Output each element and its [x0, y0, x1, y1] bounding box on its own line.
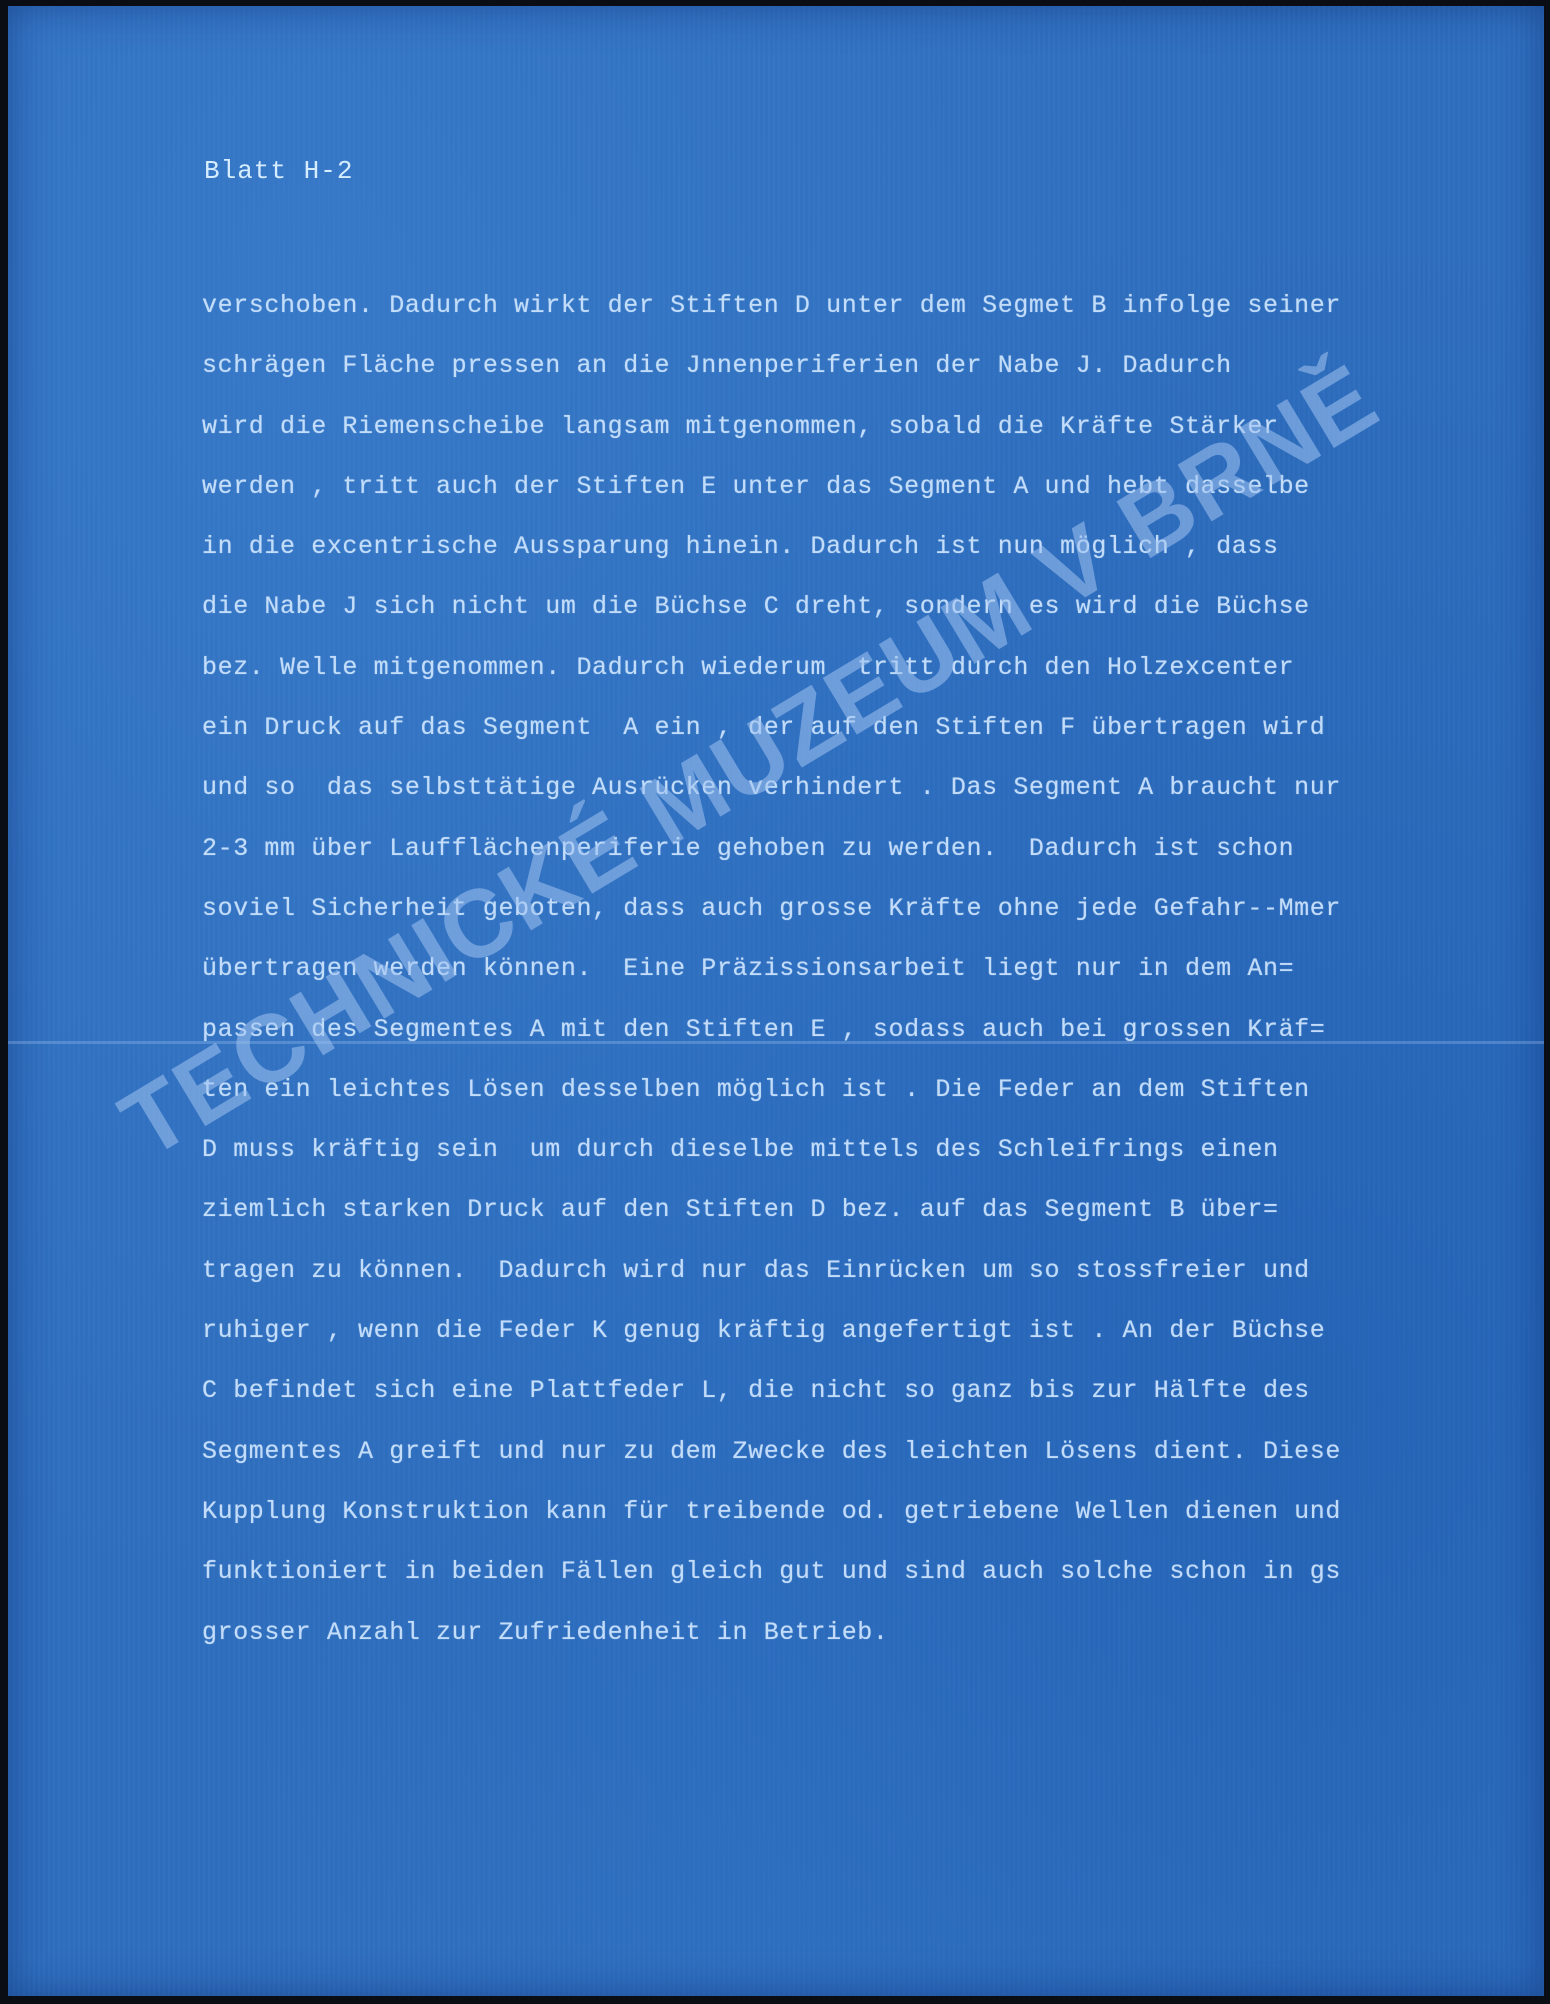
text-line: Kupplung Konstruktion kann für treibende…	[202, 1492, 1512, 1552]
text-line: Segmentes A greift und nur zu dem Zwecke…	[202, 1432, 1512, 1492]
text-line: in die excentrische Aussparung hinein. D…	[202, 527, 1512, 587]
page-label: Blatt H-2	[204, 156, 353, 186]
text-line: verschoben. Dadurch wirkt der Stiften D …	[202, 286, 1512, 346]
text-line: funktioniert in beiden Fällen gleich gut…	[202, 1552, 1512, 1612]
blueprint-page: Blatt H-2 verschoben. Dadurch wirkt der …	[8, 6, 1544, 1996]
text-line: ziemlich starken Druck auf den Stiften D…	[202, 1190, 1512, 1250]
text-line: und so das selbsttätige Ausrücken verhin…	[202, 768, 1512, 828]
text-line: C befindet sich eine Plattfeder L, die n…	[202, 1371, 1512, 1431]
text-line: grosser Anzahl zur Zufriedenheit in Betr…	[202, 1613, 1512, 1673]
text-line: ten ein leichtes Lösen desselben möglich…	[202, 1070, 1512, 1130]
text-line: tragen zu können. Dadurch wird nur das E…	[202, 1251, 1512, 1311]
text-line: D muss kräftig sein um durch dieselbe mi…	[202, 1130, 1512, 1190]
text-line: 2-3 mm über Laufflächenperiferie gehoben…	[202, 829, 1512, 889]
text-line: ruhiger , wenn die Feder K genug kräftig…	[202, 1311, 1512, 1371]
